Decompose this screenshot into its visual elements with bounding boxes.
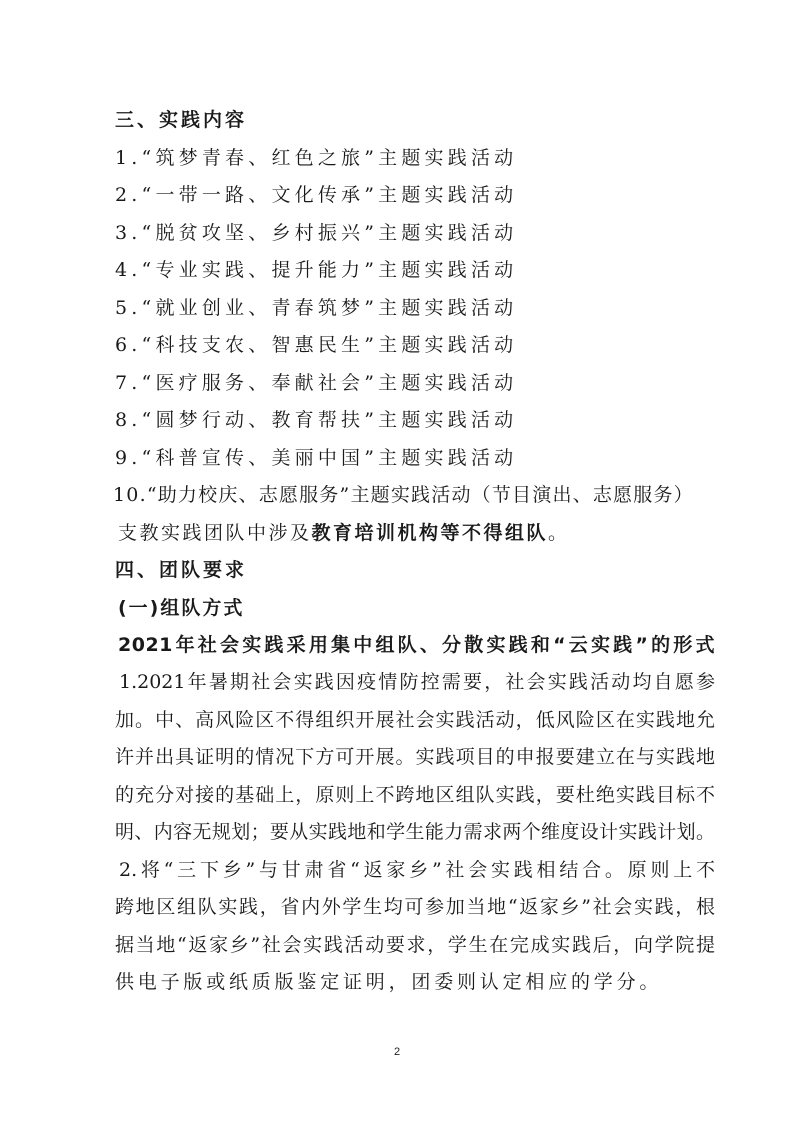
section-heading-team-requirements: 四、团队要求 (115, 557, 715, 583)
paragraph-1-line: 1.2021年暑期社会实践因疫情防控需要，社会实践活动均自愿参 (119, 669, 715, 695)
list-item: 6.“科技支农、智惠民生”主题实践活动 (115, 332, 715, 358)
list-item: 3.“脱贫攻坚、乡村振兴”主题实践活动 (115, 220, 715, 246)
paragraph-1-line: 加。中、高风险区不得组织开展社会实践活动，低风险区在实践地允 (115, 707, 715, 733)
list-item: 2.“一带一路、文化传承”主题实践活动 (115, 182, 715, 208)
note-emphasis: 教育培训机构等不得组队 (312, 522, 549, 544)
paragraph-1-line: 许并出具证明的情况下方可开展。实践项目的申报要建立在与实践地 (115, 744, 715, 770)
subheading-team-formation: (一)组队方式 (118, 595, 718, 621)
page-number: 2 (387, 1046, 407, 1058)
list-item: 9.“科普宣传、美丽中国”主题实践活动 (115, 445, 715, 471)
list-item: 1.“筑梦青春、红色之旅”主题实践活动 (115, 145, 715, 171)
document-page: 三、实践内容 1.“筑梦青春、红色之旅”主题实践活动 2.“一带一路、文化传承”… (0, 0, 794, 1123)
list-item: 5.“就业创业、青春筑梦”主题实践活动 (115, 295, 715, 321)
note-text: 支教实践团队中涉及 (118, 522, 312, 544)
section-heading-practice-content: 三、实践内容 (115, 107, 715, 133)
paragraph-1-line: 明、内容无规划；要从实践地和学生能力需求两个维度设计实践计划。 (115, 819, 715, 845)
paragraph-2-line: 2.将“三下乡”与甘肃省“返家乡”社会实践相结合。原则上不 (119, 857, 715, 883)
list-item: 8.“圆梦行动、教育帮扶”主题实践活动 (115, 407, 715, 433)
lead-sentence: 2021年社会实践采用集中组队、分散实践和“云实践”的形式 (118, 632, 715, 658)
paragraph-2-line: 据当地“返家乡”社会实践活动要求，学生在完成实践后，向学院提 (115, 932, 715, 958)
list-item: 4.“专业实践、提升能力”主题实践活动 (115, 257, 715, 283)
list-item: 7.“医疗服务、奉献社会”主题实践活动 (115, 370, 715, 396)
paragraph-1-line: 的充分对接的基础上，原则上不跨地区组队实践，要杜绝实践目标不 (115, 782, 715, 808)
list-item: 10.“助力校庆、志愿服务”主题实践活动（节目演出、志愿服务） (113, 482, 713, 508)
paragraph-2-line: 供电子版或纸质版鉴定证明，团委则认定相应的学分。 (115, 969, 715, 995)
team-restriction-note: 支教实践团队中涉及教育培训机构等不得组队。 (118, 520, 718, 546)
paragraph-2-line: 跨地区组队实践，省内外学生均可参加当地“返家乡”社会实践，根 (115, 894, 715, 920)
note-period: 。 (548, 522, 570, 544)
